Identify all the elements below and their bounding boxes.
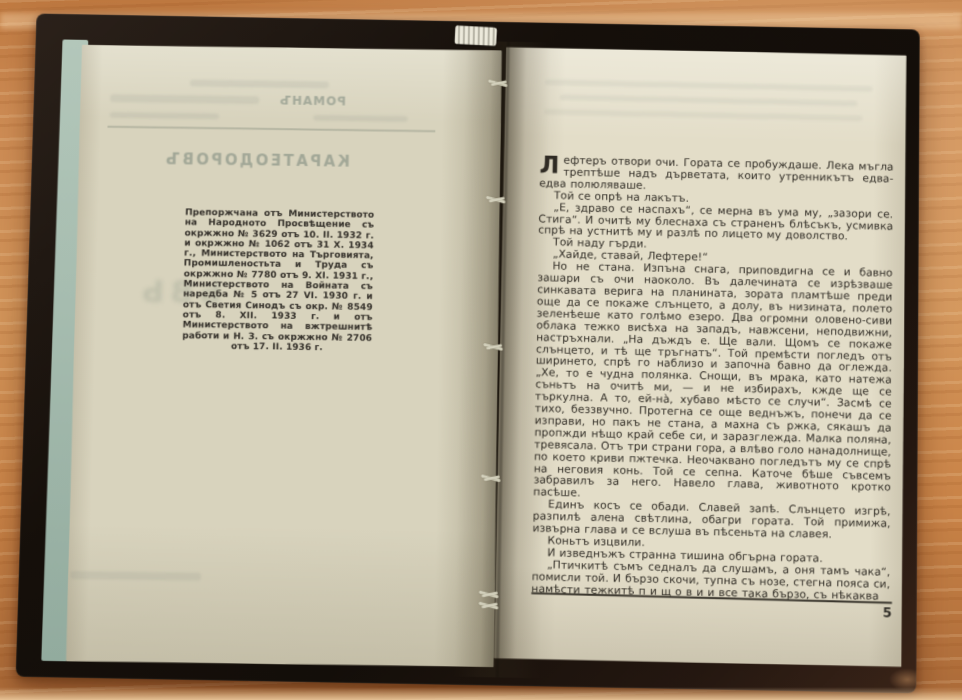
- photo-background: РОМАНЪ КАРАТЕОДОРОВЪ ЬВЬ Препоржчана отъ…: [0, 0, 962, 700]
- bleed-smudge: [313, 115, 407, 122]
- bleed-rule: [107, 126, 435, 132]
- paragraph-text: ефтеръ отвори очи. Гората се пробуждаше.…: [539, 154, 894, 192]
- bleed-smudge: [110, 94, 259, 104]
- drop-cap: Л: [539, 155, 559, 175]
- headband: [455, 25, 498, 46]
- bleed-smudge: [544, 109, 862, 122]
- bleed-smudge: [190, 80, 329, 89]
- body-paragraph: „Птичкитѣ съмъ седналъ да слушамъ, а оня…: [531, 559, 890, 603]
- binding-stitch: [483, 342, 505, 350]
- left-page: РОМАНЪ КАРАТЕОДОРОВЪ ЬВЬ Препоржчана отъ…: [66, 45, 502, 668]
- binding-stitch: [486, 195, 508, 203]
- body-text: Лефтеръ отвори очи. Гората се пробуждаше…: [531, 154, 893, 602]
- binding-stitch: [488, 79, 510, 87]
- bleed-smudge: [110, 112, 219, 119]
- binding-stitch: [479, 590, 501, 599]
- right-page: Лефтеръ отвори очи. Гората се пробуждаше…: [494, 47, 907, 667]
- bleed-smudge: [560, 94, 858, 106]
- bleed-author: КАРАТЕОДОРОВЪ: [163, 150, 350, 170]
- binding-stitch: [481, 474, 503, 482]
- bleed-smudge: [70, 571, 201, 581]
- book: РОМАНЪ КАРАТЕОДОРОВЪ ЬВЬ Препоржчана отъ…: [16, 14, 920, 694]
- body-paragraph: Но не стана. Изпъна снага, приповдигна с…: [533, 260, 893, 506]
- ministry-approval-note: Препоржчана отъ Министерството на Народн…: [182, 208, 374, 354]
- bleed-series-word: РОМАНЪ: [279, 94, 346, 109]
- bleed-smudge: [545, 79, 872, 92]
- tile-grout-line: [0, 687, 962, 700]
- binding-stitch: [478, 601, 500, 610]
